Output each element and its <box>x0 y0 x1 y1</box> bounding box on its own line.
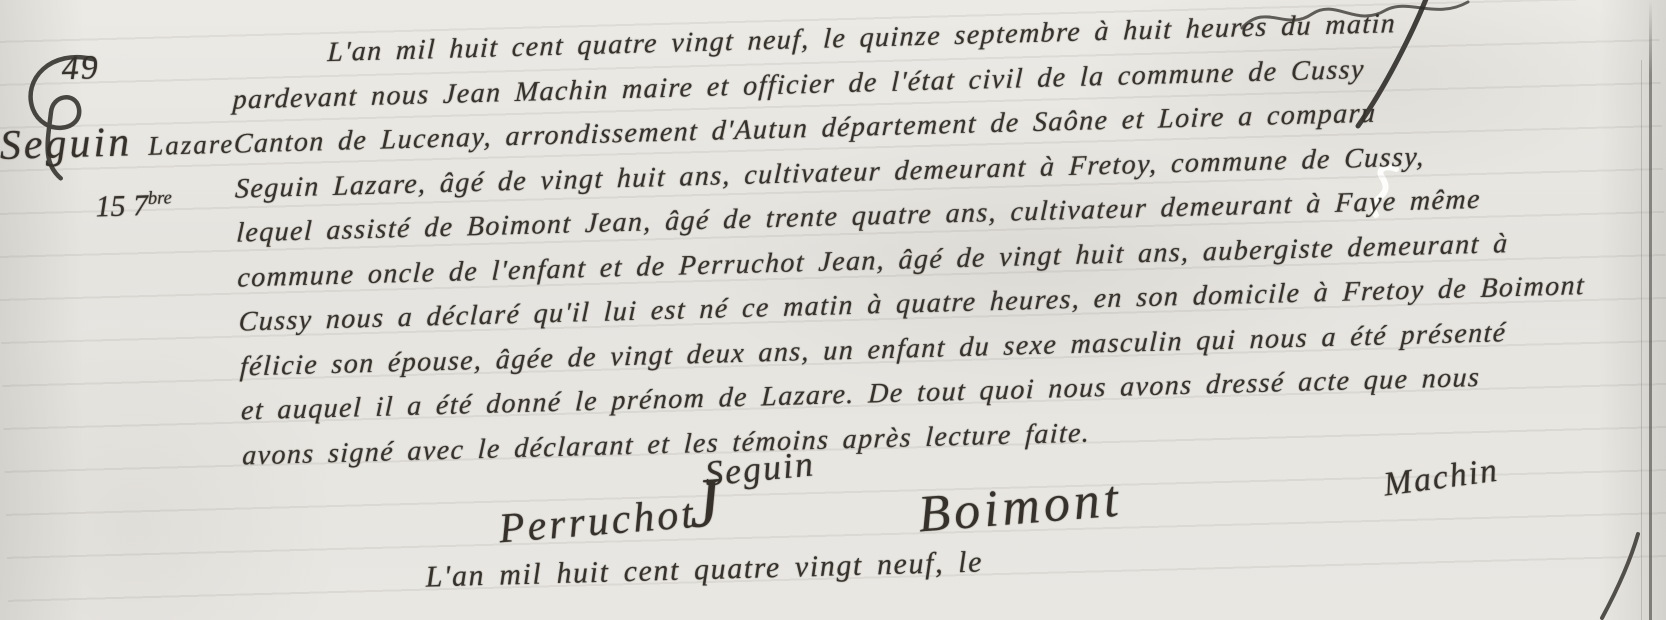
margin-act-number: 49 <box>61 49 100 88</box>
signature-perruchot-paraph: J <box>686 464 726 543</box>
scanned-register-page: { "document_type": "Acte de naissance ma… <box>0 0 1666 620</box>
signature-perruchot-name: Perruchot <box>497 491 697 553</box>
margin-given-name: Lazare <box>148 129 235 161</box>
margin-surname: Seguin <box>0 119 133 169</box>
act-writing-plane: 49 SeguinLazare 15 7bre L'an mil huit ce… <box>0 0 1666 620</box>
margin-name: SeguinLazare <box>0 116 235 170</box>
margin-date: 15 7bre <box>95 187 173 224</box>
signature-perruchot: PerruchotJ <box>495 463 726 561</box>
signature-boimont: Boimont <box>916 469 1124 544</box>
signature-machin: Machin <box>1381 452 1501 505</box>
margin-date-day: 15 7 <box>95 189 148 223</box>
margin-date-month-abbrev: bre <box>148 187 173 209</box>
act-body: L'an mil huit cent quatre vingt neuf, le… <box>231 0 1643 478</box>
